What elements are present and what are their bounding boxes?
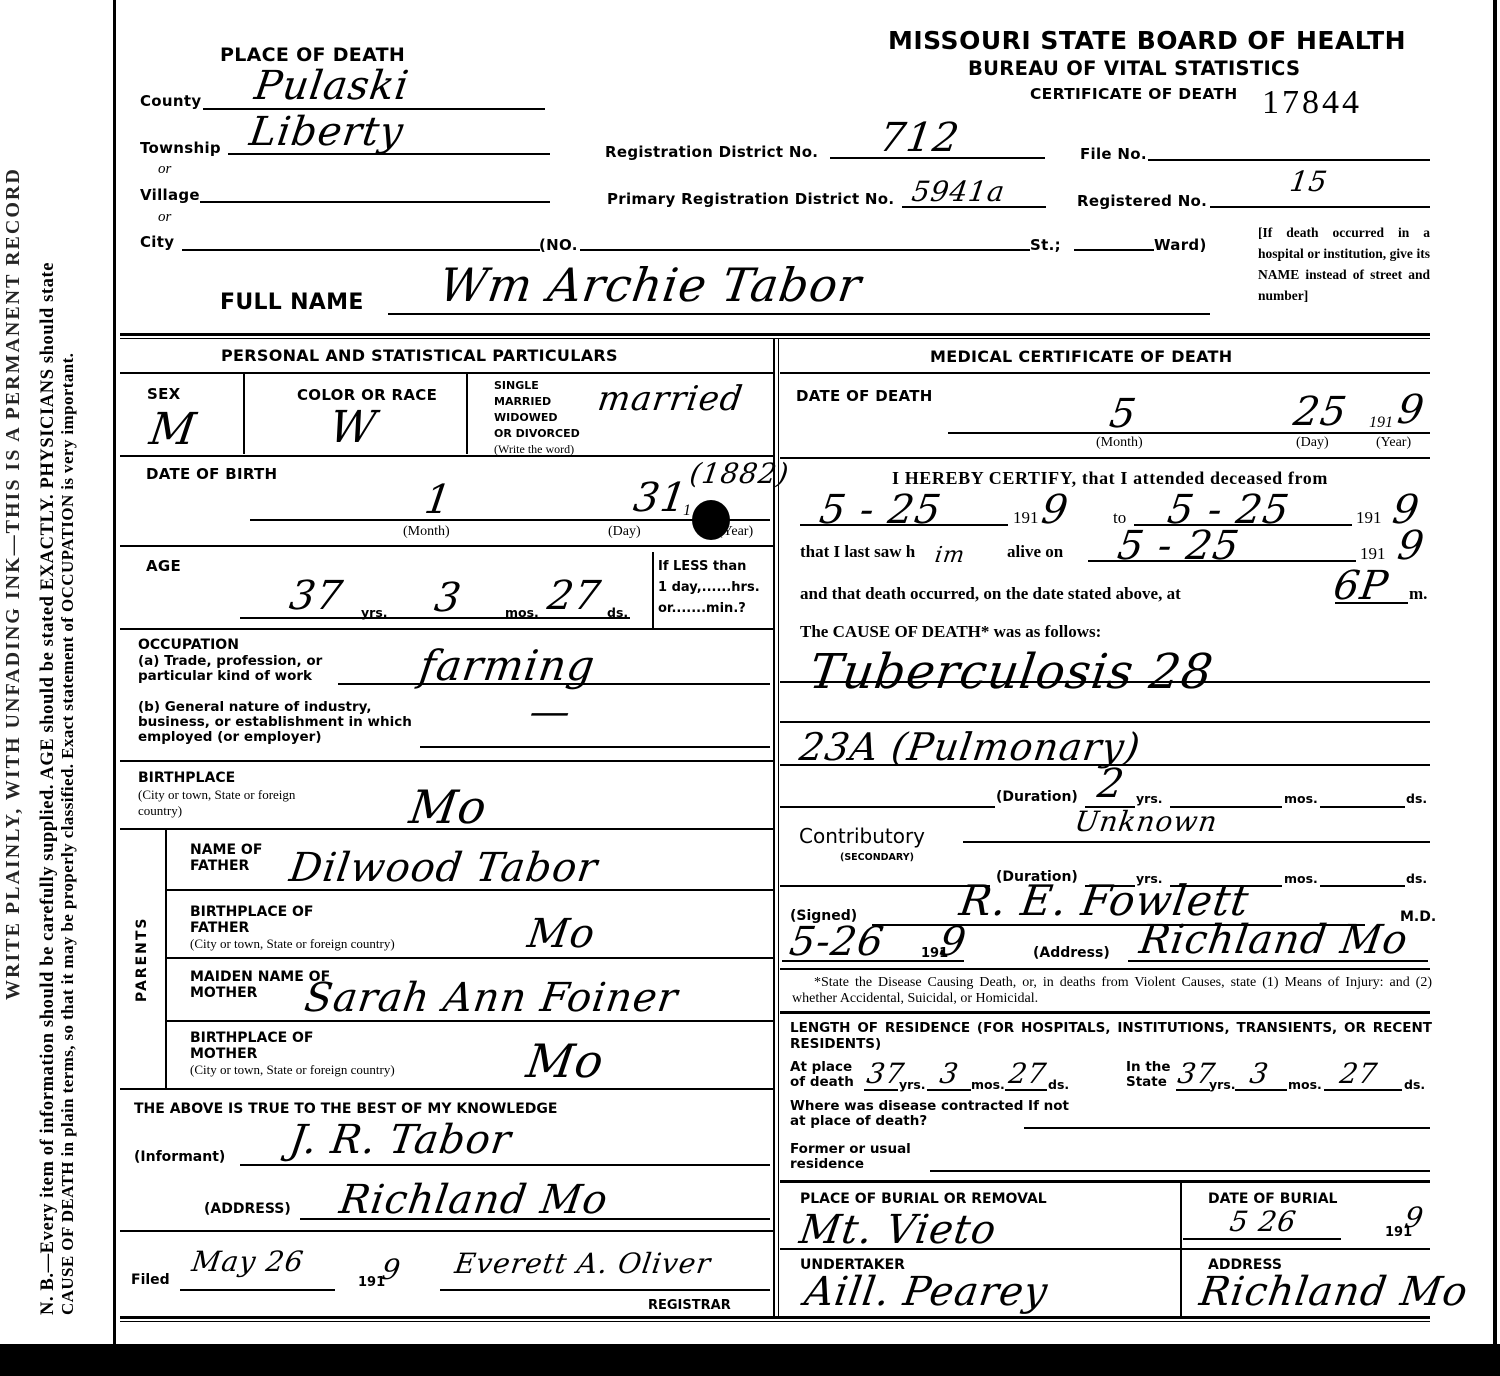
filed-label: Filed — [131, 1273, 170, 1288]
death-time-value[interactable]: 6P — [1331, 566, 1391, 606]
registrar-signature[interactable]: Everett A. Oliver — [453, 1250, 713, 1278]
dod-day-caption: (Day) — [1296, 435, 1329, 451]
age-yrs-label: yrs. — [361, 605, 388, 620]
father-name-value[interactable]: Dilwood Tabor — [287, 848, 600, 888]
in-state-days[interactable]: 27 — [1338, 1060, 1380, 1088]
street-label: St.; — [1030, 236, 1061, 254]
undertaker-value[interactable]: Aill. Pearey — [802, 1272, 1050, 1312]
attended-from-date[interactable]: 5 - 25 — [817, 490, 944, 530]
township-label: Township — [140, 139, 221, 157]
duration2-ds-label: ds. — [1406, 871, 1427, 886]
scan-bottom-edge — [0, 1344, 1500, 1376]
informant-attestation: THE ABOVE IS TRUE TO THE BEST OF MY KNOW… — [134, 1102, 557, 1117]
father-birthplace-label: BIRTHPLACE OF FATHER — [190, 904, 320, 936]
dob-day-caption: (Day) — [608, 524, 641, 540]
occupation-b-label: (b) General nature of industry, business… — [138, 700, 428, 745]
attended-from-year-prefix: 191 — [1013, 508, 1039, 528]
at-place-months[interactable]: 3 — [938, 1060, 961, 1088]
residence-title: LENGTH OF RESIDENCE (FOR HOSPITALS, INST… — [790, 1020, 1432, 1052]
in-state-mos-label: mos. — [1288, 1077, 1322, 1092]
attended-from-year[interactable]: 9 — [1039, 490, 1071, 530]
form-left-border — [113, 0, 116, 1344]
mother-name-value[interactable]: Sarah Ann Foiner — [302, 978, 680, 1018]
dob-year-note: (1882) — [688, 460, 791, 488]
cause-intro: The CAUSE OF DEATH* was as follows: — [800, 622, 1101, 642]
mother-birthplace-value[interactable]: Mo — [524, 1038, 607, 1084]
full-name-value[interactable]: Wm Archie Tabor — [437, 262, 865, 308]
contributory-value[interactable]: Unknown — [1073, 808, 1219, 836]
registration-district-label: Registration District No. — [605, 143, 818, 161]
in-state-label: In the State — [1126, 1060, 1181, 1090]
occupation-b-value[interactable]: — — [527, 692, 574, 732]
at-place-mos-label: mos. — [971, 1077, 1005, 1092]
dod-label: DATE OF DEATH — [796, 387, 933, 405]
registered-no-value[interactable]: 15 — [1288, 168, 1330, 196]
father-birthplace-hint: (City or town, State or foreign country) — [190, 936, 395, 952]
dod-year-caption: (Year) — [1376, 435, 1411, 451]
occupation-title: OCCUPATION — [138, 638, 239, 653]
attended-to-year-prefix: 191 — [1356, 508, 1382, 528]
age-ds-label: ds. — [607, 605, 628, 620]
medical-section-title: MEDICAL CERTIFICATE OF DEATH — [930, 347, 1232, 366]
duration-mos-label: mos. — [1284, 791, 1318, 806]
file-no-label: File No. — [1080, 145, 1147, 163]
last-saw-pronoun[interactable]: im — [933, 545, 966, 567]
dob-month-caption: (Month) — [403, 524, 450, 540]
duration-ds-label: ds. — [1406, 791, 1427, 806]
ward-label: Ward) — [1154, 236, 1207, 254]
occupation-a-value[interactable]: farming — [417, 645, 598, 687]
primary-registration-label: Primary Registration District No. — [607, 190, 894, 208]
registered-no-label: Registered No. — [1077, 192, 1207, 210]
contracted-label: Where was disease contracted If not at p… — [790, 1099, 1080, 1129]
former-residence-label: Former or usual residence — [790, 1142, 940, 1172]
dod-day[interactable]: 25 — [1291, 392, 1350, 432]
mother-birthplace-label: BIRTHPLACE OF MOTHER — [190, 1030, 320, 1062]
dod-month[interactable]: 5 — [1107, 394, 1139, 434]
less-than-day: If LESS than 1 day,......hrs. or.......m… — [658, 556, 760, 619]
at-place-days[interactable]: 27 — [1007, 1060, 1049, 1088]
informant-label: (Informant) — [134, 1150, 225, 1165]
filed-year-suffix[interactable]: 9 — [380, 1256, 403, 1284]
dob-month[interactable]: 1 — [422, 480, 454, 520]
physician-address-value[interactable]: Richland Mo — [1137, 920, 1410, 960]
informant-value[interactable]: J. R. Tabor — [287, 1120, 514, 1160]
sex-label: SEX — [147, 385, 181, 403]
hospital-note: [If death occurred in a hospital or inst… — [1258, 222, 1430, 306]
father-birthplace-value[interactable]: Mo — [525, 914, 598, 954]
in-state-yrs-label: yrs. — [1209, 1077, 1236, 1092]
birthplace-hint: (City or town, State or foreign country) — [138, 787, 318, 819]
age-label: AGE — [146, 557, 181, 575]
full-name-label: FULL NAME — [220, 290, 364, 315]
burial-year-suffix[interactable]: 9 — [1403, 1204, 1426, 1232]
form-right-border — [1493, 0, 1497, 1344]
birthplace-label: BIRTHPLACE — [138, 771, 235, 786]
duration-years[interactable]: 2 — [1095, 764, 1127, 804]
burial-date-value[interactable]: 5 26 — [1228, 1208, 1298, 1236]
race-value[interactable]: W — [327, 406, 379, 450]
registration-district-value[interactable]: 712 — [877, 118, 962, 158]
marital-options: SINGLE MARRIED WIDOWED OR DIVORCED (Writ… — [494, 378, 580, 456]
certify-text: I HEREBY CERTIFY, that I attended deceas… — [892, 468, 1328, 489]
cause-line-1[interactable]: Tuberculosis 28 — [807, 648, 1217, 696]
burial-place-value[interactable]: Mt. Vieto — [797, 1210, 999, 1250]
board-title: MISSOURI STATE BOARD OF HEALTH — [888, 26, 1406, 55]
age-months[interactable]: 3 — [432, 578, 464, 618]
age-mos-label: mos. — [505, 605, 539, 620]
alive-on-text: alive on — [1007, 542, 1063, 562]
birthplace-value[interactable]: Mo — [407, 784, 490, 830]
age-days[interactable]: 27 — [545, 576, 604, 616]
last-saw-year-prefix: 191 — [1360, 544, 1386, 564]
occupation-a-label: (a) Trade, profession, or particular kin… — [138, 654, 366, 684]
marital-hint: (Write the word) — [494, 442, 580, 456]
duration2-mos-label: mos. — [1284, 871, 1318, 886]
street-no-label: (NO. — [539, 236, 578, 254]
informant-address-value[interactable]: Richland Mo — [337, 1180, 610, 1220]
margin-note-instructions-2: CAUSE OF DEATH in plain terms, so that i… — [58, 353, 78, 1315]
age-years[interactable]: 37 — [287, 576, 346, 616]
in-state-months[interactable]: 3 — [1248, 1060, 1271, 1088]
dod-year-prefix: 191 — [1369, 414, 1393, 432]
burial-place-label: PLACE OF BURIAL OR REMOVAL — [800, 1192, 1047, 1207]
filed-date[interactable]: May 26 — [190, 1248, 306, 1276]
parents-side-label: PARENTS — [134, 916, 150, 1002]
or-label-2: or — [158, 209, 171, 226]
mother-birthplace-hint: (City or town, State or foreign country) — [190, 1062, 395, 1078]
death-time-suffix: m. — [1409, 584, 1427, 604]
margin-note-permanent-record: WRITE PLAINLY, WITH UNFADING INK—THIS IS… — [2, 167, 25, 1000]
cause-line-2[interactable]: 23A (Pulmonary) — [797, 728, 1143, 766]
registrar-label: REGISTRAR — [648, 1298, 731, 1313]
dod-month-caption: (Month) — [1096, 435, 1143, 451]
dob-label: DATE OF BIRTH — [146, 465, 277, 483]
or-label-1: or — [158, 161, 171, 178]
signed-date[interactable]: 5-26 — [787, 922, 886, 962]
duration-yrs-label: yrs. — [1136, 791, 1163, 806]
dod-year-suffix[interactable]: 9 — [1395, 390, 1427, 430]
at-place-ds-label: ds. — [1048, 1077, 1069, 1092]
physician-signature[interactable]: R. E. Fowlett — [957, 880, 1252, 922]
dob-year-prefix: 1 — [683, 502, 691, 520]
sex-value[interactable]: M — [147, 408, 199, 452]
primary-registration-value[interactable]: 5941a — [910, 178, 1007, 206]
bureau-title: BUREAU OF VITAL STATISTICS — [968, 57, 1300, 80]
death-time-text: and that death occurred, on the date sta… — [800, 584, 1181, 604]
last-saw-year[interactable]: 9 — [1395, 526, 1427, 566]
cause-footnote: *State the Disease Causing Death, or, in… — [792, 975, 1432, 1007]
at-place-yrs-label: yrs. — [899, 1077, 926, 1092]
certificate-label: CERTIFICATE OF DEATH — [1030, 85, 1238, 103]
last-saw-text: that I last saw h — [800, 542, 915, 562]
signed-year-suffix[interactable]: 9 — [937, 922, 969, 962]
marital-value[interactable]: married — [596, 382, 746, 416]
county-value[interactable]: Pulaski — [252, 66, 411, 106]
last-saw-date[interactable]: 5 - 25 — [1115, 526, 1242, 566]
secondary-label: (SECONDARY) — [840, 850, 914, 865]
township-value[interactable]: Liberty — [247, 112, 406, 152]
certificate-number: 17844 — [1262, 84, 1362, 122]
at-place-label: At place of death — [790, 1060, 865, 1090]
personal-section-title: PERSONAL AND STATISTICAL PARTICULARS — [221, 346, 618, 365]
informant-address-label: (ADDRESS) — [204, 1202, 291, 1217]
dob-day[interactable]: 31 — [631, 478, 690, 518]
village-label: Village — [140, 186, 200, 204]
in-state-ds-label: ds. — [1404, 1077, 1425, 1092]
dob-year-caption: (Year) — [718, 524, 753, 540]
physician-address-label: (Address) — [1033, 946, 1110, 961]
margin-note-instructions-1: N. B.—Every item of information should b… — [38, 262, 59, 1315]
county-label: County — [140, 92, 201, 110]
burial-address-value[interactable]: Richland Mo — [1197, 1272, 1470, 1312]
duration-label: (Duration) — [996, 790, 1078, 805]
city-label: City — [140, 233, 174, 251]
contributory-label: Contributory — [799, 824, 925, 848]
